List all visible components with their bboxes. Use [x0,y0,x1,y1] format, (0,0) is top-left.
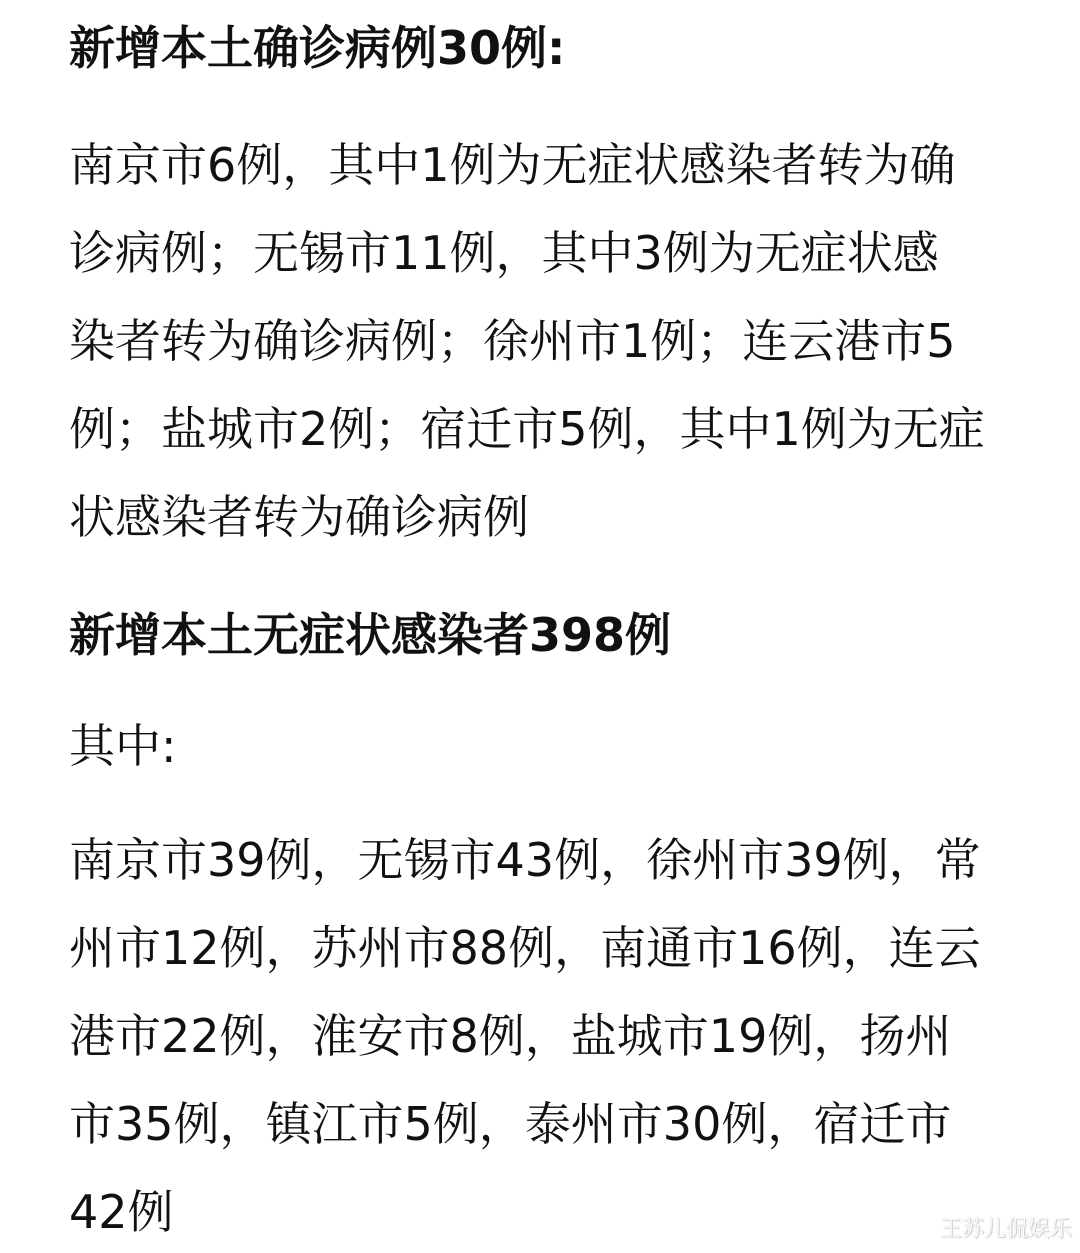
paragraph-line: 南京市39例，无锡市43例，徐州市39例，常 [69,816,981,904]
paragraph-line: 南京市6例，其中1例为无症状感染者转为确 [69,121,985,209]
watermark-text: 王苏儿侃娱乐 [940,1212,1072,1243]
subheading-text: 其中: [69,702,177,790]
paragraph-line: 港市22例，淮安市8例，盐城市19例，扬州 [69,992,981,1080]
paragraph-line: 诊病例；无锡市11例，其中3例为无症状感 [69,209,985,297]
asymptomatic-cases-heading: 新增本土无症状感染者398例 [69,605,671,665]
paragraph-line: 染者转为确诊病例；徐州市1例；连云港市5 [69,297,985,385]
paragraph-line: 状感染者转为确诊病例 [69,473,985,561]
paragraph-line: 42例 [69,1168,981,1253]
confirmed-cases-heading: 新增本土确诊病例30例: [69,18,565,78]
asymptomatic-subheading: 其中: [69,702,177,790]
confirmed-cases-paragraph: 南京市6例，其中1例为无症状感染者转为确 诊病例；无锡市11例，其中3例为无症状… [69,121,985,561]
asymptomatic-cases-paragraph: 南京市39例，无锡市43例，徐州市39例，常 州市12例，苏州市88例，南通市1… [69,816,981,1253]
paragraph-line: 州市12例，苏州市88例，南通市16例，连云 [69,904,981,992]
paragraph-line: 市35例，镇江市5例，泰州市30例，宿迁市 [69,1080,981,1168]
paragraph-line: 例；盐城市2例；宿迁市5例，其中1例为无症 [69,385,985,473]
